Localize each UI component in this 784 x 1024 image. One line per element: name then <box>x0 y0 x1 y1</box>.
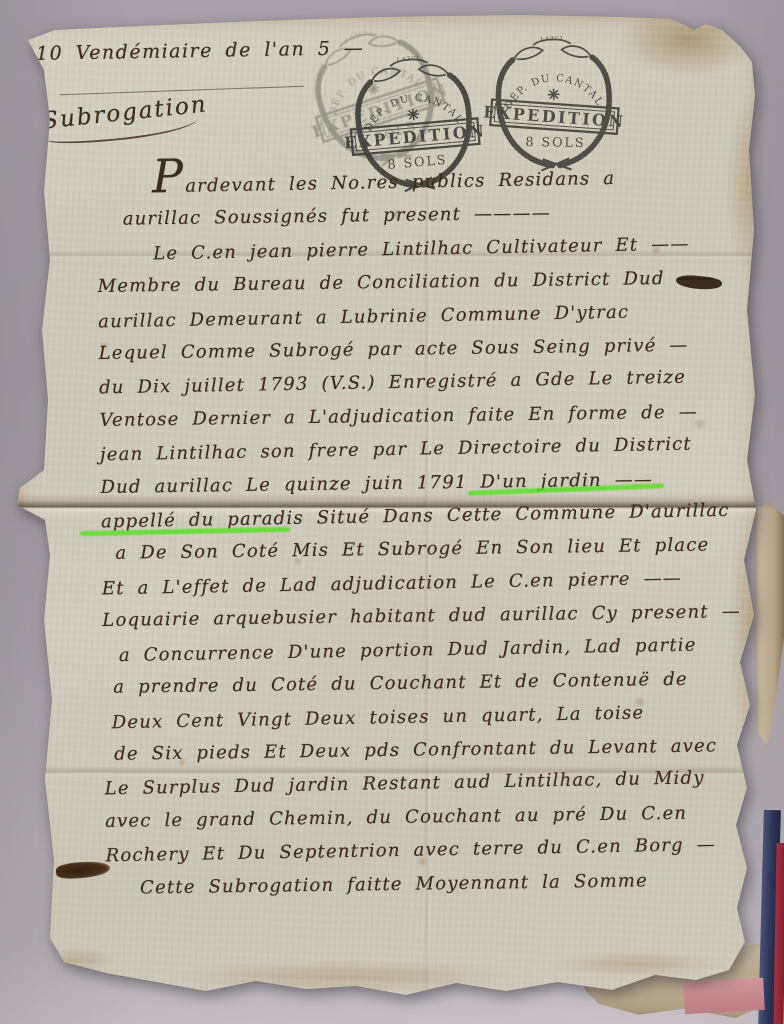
paper-shadow-wrap: 10 Vendémiaire de l'an 5 — Subrogation L… <box>0 0 784 1024</box>
ink-smudge <box>56 860 111 880</box>
stamp-maker-text: LAZCI <box>397 56 421 64</box>
stamp-maker-text: LAZCI <box>540 36 563 43</box>
expedition-stamp-right: LAZCI DÉP. DU CANTAL EXPEDITION 8 SOLS <box>476 29 633 176</box>
stamp-value-text: 8 SOLS <box>525 135 585 151</box>
photo-background: 10 Vendémiaire de l'an 5 — Subrogation L… <box>0 0 784 1024</box>
document-paper: 10 Vendémiaire de l'an 5 — Subrogation L… <box>16 14 760 1012</box>
stamp-maker-text: LAZCI <box>344 30 368 43</box>
